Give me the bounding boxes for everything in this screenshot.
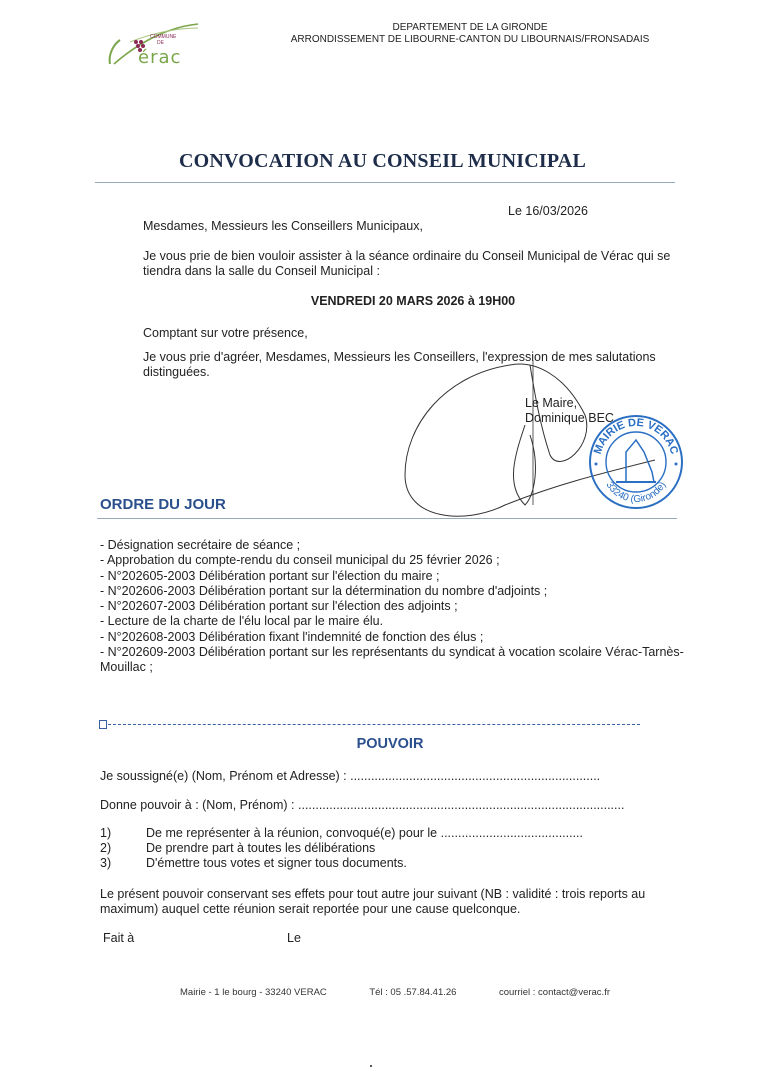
agenda-item: - N°202607-2003 Délibération portant sur…	[100, 599, 690, 614]
salutation: Mesdames, Messieurs les Conseillers Muni…	[143, 219, 423, 234]
proxy-powers-list: 1)De me représenter à la réunion, convoq…	[100, 826, 583, 871]
item-number: 3)	[100, 856, 146, 871]
page-title: CONVOCATION AU CONSEIL MUNICIPAL	[90, 150, 675, 173]
proxy-power-item: 1)De me représenter à la réunion, convoq…	[100, 826, 583, 841]
agenda-item: - N°202605-2003 Délibération portant sur…	[100, 569, 690, 584]
agenda-heading: ORDRE DU JOUR	[100, 496, 226, 513]
agenda-list: - Désignation secrétaire de séance ; - A…	[100, 538, 690, 676]
cut-line	[103, 724, 640, 725]
item-number: 2)	[100, 841, 146, 856]
undersigned-field[interactable]: ........................................…	[350, 769, 600, 783]
signatory-role: Le Maire,	[525, 396, 614, 411]
recipient-label: Donne pouvoir à : (Nom, Prénom) :	[100, 798, 298, 812]
mairie-stamp-icon: MAIRIE DE VERAC 33240 (Gironde)	[586, 412, 686, 512]
agenda-item: - Lecture de la charte de l'élu local pa…	[100, 614, 690, 629]
agenda-item: - Approbation du compte-rendu du conseil…	[100, 553, 690, 568]
agenda-item: - N°202608-2003 Délibération fixant l'in…	[100, 630, 690, 645]
invitation-paragraph: Je vous prie de bien vouloir assister à …	[143, 249, 683, 279]
proxy-power-item: 3)D'émettre tous votes et signer tous do…	[100, 856, 583, 871]
cut-marker-icon	[99, 720, 107, 729]
item-text: De prendre part à toutes les délibératio…	[146, 841, 375, 856]
logo-brand: érac	[138, 47, 181, 68]
closing-line: Comptant sur votre présence,	[143, 326, 308, 341]
footer-email: courriel : contact@verac.fr	[499, 987, 610, 998]
page-footer: Mairie - 1 le bourg - 33240 VERAC Tél : …	[180, 987, 610, 998]
item-number: 1)	[100, 826, 146, 841]
proxy-validity-note: Le présent pouvoir conservant ses effets…	[100, 887, 680, 917]
agenda-divider	[97, 518, 677, 519]
meeting-datetime: VENDREDI 20 MARS 2026 à 19H00	[143, 294, 683, 309]
svg-text:MAIRIE DE VERAC: MAIRIE DE VERAC	[592, 417, 680, 456]
header-department: DEPARTEMENT DE LA GIRONDE	[250, 22, 690, 34]
agenda-item: - Désignation secrétaire de séance ;	[100, 538, 690, 553]
logo-small-bottom: DE	[157, 40, 164, 46]
proxy-power-item: 2)De prendre part à toutes les délibérat…	[100, 841, 583, 856]
footer-phone: Tél : 05 .57.84.41.26	[369, 987, 456, 998]
undersigned-label: Je soussigné(e) (Nom, Prénom et Adresse)…	[100, 769, 350, 783]
proxy-undersigned-line: Je soussigné(e) (Nom, Prénom et Adresse)…	[100, 769, 600, 784]
place-label: Fait à	[103, 931, 134, 946]
date-label: Le	[287, 931, 301, 946]
proxy-recipient-line: Donne pouvoir à : (Nom, Prénom) : ......…	[100, 798, 624, 813]
letter-date: Le 16/03/2026	[508, 204, 588, 219]
document-header: DEPARTEMENT DE LA GIRONDE ARRONDISSEMENT…	[250, 22, 690, 46]
footer-address: Mairie - 1 le bourg - 33240 VERAC	[180, 987, 327, 998]
item-text: De me représenter à la réunion, convoqué…	[146, 826, 583, 841]
commune-logo: COMMUNE DE érac	[100, 20, 200, 70]
agenda-item: - N°202606-2003 Délibération portant sur…	[100, 584, 690, 599]
recipient-field[interactable]: ........................................…	[298, 798, 624, 812]
agenda-item: - N°202609-2003 Délibération portant sur…	[100, 645, 690, 676]
item-text: D'émettre tous votes et signer tous docu…	[146, 856, 407, 871]
header-arrondissement: ARRONDISSEMENT DE LIBOURNE-CANTON DU LIB…	[250, 34, 690, 46]
page-mark	[370, 1065, 372, 1067]
proxy-heading: POUVOIR	[100, 736, 680, 752]
title-divider	[95, 182, 675, 183]
